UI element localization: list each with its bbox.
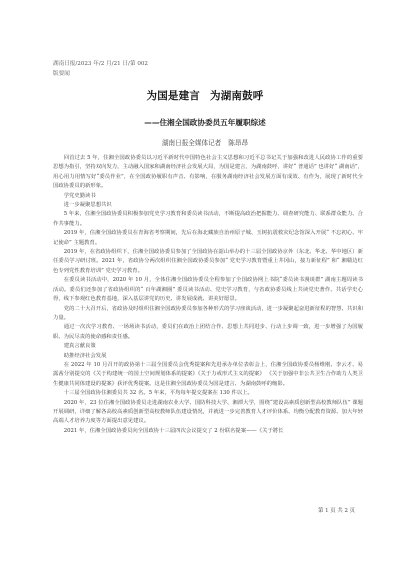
source-meta: 湖南日报/2023 年/2 月/21 日/第 002 版要闻 bbox=[53, 59, 148, 79]
paragraph: 2021 年，住湘全国政协委员向全国政协十三届四次会议提交了 2 份联名提案——… bbox=[53, 427, 363, 436]
section-line: 版要闻 bbox=[53, 69, 148, 79]
section-heading: 学党史勤读书 bbox=[53, 192, 363, 201]
section-subheading: 助推经济社会发展 bbox=[53, 352, 363, 361]
page-indicator: 第 1 页 共 2 页 bbox=[318, 506, 355, 514]
source-line: 湖南日报/2023 年/2 月/21 日/第 002 bbox=[53, 59, 148, 69]
paragraph: 5 年来，住湘全国政协委员积极参加党史学习教育和委员读书活动，不断提高政治把握能… bbox=[53, 210, 363, 229]
byline: 湖南日报全媒体记者陈昂昂 bbox=[0, 137, 410, 147]
byline-org: 湖南日报全媒体记者 bbox=[162, 139, 221, 147]
byline-name: 陈昂昂 bbox=[228, 139, 248, 147]
title-part-2: 为湖南鼓呼 bbox=[210, 90, 264, 102]
section-heading: 建真言献良策 bbox=[53, 342, 363, 351]
paragraph: 通过一次次学习教育、一场场读书活动，委员们在政治上团结合作、思想上共同进步、行动… bbox=[53, 323, 363, 342]
article-title: 为国是建言为湖南鼓呼 bbox=[0, 88, 410, 103]
paragraph: 2020 年，23 位住湘全国政协委员走进湖南农业大学、国防科技大学、湘潭大学，… bbox=[53, 399, 363, 427]
title-part-1: 为国是建言 bbox=[147, 90, 201, 102]
document-page: 湖南日报/2023 年/2 月/21 日/第 002 版要闻 为国是建言为湖南鼓… bbox=[0, 0, 410, 580]
paragraph: 在委员读书活动中，2020 年 10 月，全体住湘全国政协委员全程参加了全国政协… bbox=[53, 276, 363, 304]
paragraph: 在 2022 年 10 月召开的政协第十三届全国委员会优秀提案和先进承办单位表彰… bbox=[53, 361, 363, 389]
paragraph: 回首过去 5 年，住湘全国政协委员以习近平新时代中国特色社会主义思想和习近平总书… bbox=[53, 154, 363, 192]
paragraph: 党的二十大召开后，省政协及时组织住湘全国政协委员参加各种形式的学习座谈活动，进一… bbox=[53, 305, 363, 324]
paragraph: 2019 年，在省政协组织下，住湘全国政协委员参加了全国政协在韶山举办的十三届全… bbox=[53, 248, 363, 276]
paragraph: 十三届全国政协住湘委员共 32 名。5 年来，平均每年提交提案在 130 件以上… bbox=[53, 389, 363, 398]
paragraph: 2019 年，住湘全国政协委员在青海省考察期间，先后在海北藏族自治州原子城、玉树… bbox=[53, 229, 363, 248]
section-subheading: 进一步凝聚思想共识 bbox=[53, 201, 363, 210]
article-body: 回首过去 5 年，住湘全国政协委员以习近平新时代中国特色社会主义思想和习近平总书… bbox=[53, 154, 363, 436]
article-subtitle: ——住湘全国政协委员五年履职综述 bbox=[0, 117, 410, 128]
